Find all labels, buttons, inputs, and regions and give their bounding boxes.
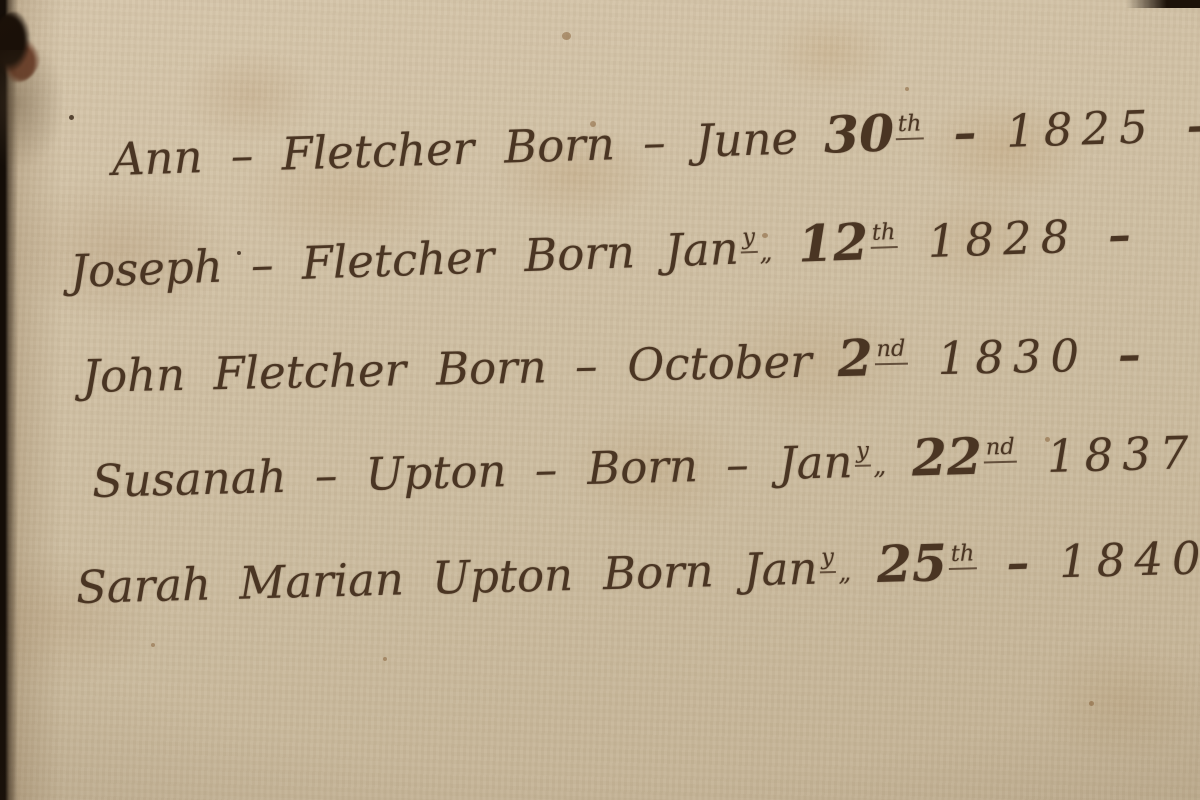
- entry-day-ordinal: th: [948, 540, 976, 570]
- entry-born-label: Born –: [587, 438, 750, 495]
- foxing-speck: [383, 657, 387, 661]
- register-entry: Ann – Fletcher Born – June30th – 1825 –: [111, 94, 1200, 187]
- entry-name: Ann – Fletcher: [111, 122, 475, 186]
- entry-month: June: [695, 111, 799, 167]
- entry-name: Sarah Marian Upton: [75, 548, 573, 614]
- entry-day-ordinal: th: [869, 219, 898, 249]
- entry-born-label: Born –: [435, 339, 598, 395]
- entry-month: Jan: [778, 435, 853, 490]
- entry-year: 1828: [927, 210, 1079, 268]
- entry-date: Jany„22nd: [778, 426, 1018, 491]
- entry-trailing-dash: –: [1118, 328, 1142, 381]
- book-page-photo: Ann – Fletcher Born – June30th – 1825 – …: [0, 0, 1200, 800]
- torn-corner-blotch: [0, 12, 42, 82]
- ink-speck: [69, 115, 74, 120]
- entry-name: Susanah – Upton –: [91, 443, 558, 508]
- entry-abbrev-marks: „: [838, 557, 852, 586]
- entry-year: 1840: [1058, 531, 1200, 588]
- entry-month-ordinal: y: [854, 437, 871, 466]
- register-entry: Susanah – Upton – Born – Jany„22nd 1837 …: [91, 420, 1200, 509]
- entry-abbrev-marks: „: [873, 451, 887, 480]
- foxing-speck: [1089, 701, 1094, 706]
- left-margin-stain: [0, 0, 62, 800]
- foxing-speck: [151, 643, 155, 647]
- register-entry: Sarah Marian Upton Born Jany„25th – 1840…: [75, 525, 1200, 615]
- entry-day: 25: [876, 533, 948, 594]
- entry-trailing-dash: –: [1107, 208, 1131, 262]
- entry-day: 2: [837, 328, 873, 388]
- entry-date: June30th: [694, 103, 924, 169]
- entry-trailing-dash: –: [1186, 99, 1200, 153]
- foxing-speck: [562, 32, 571, 40]
- foxing-speck: [905, 87, 909, 91]
- entry-date: Jany„12th: [664, 211, 899, 278]
- entry-date: Jany„25th: [743, 532, 978, 597]
- entry-month: Jan: [743, 542, 818, 597]
- entry-born-label: Born: [523, 225, 635, 282]
- dark-top-right-edge: [1126, 0, 1200, 8]
- entry-dash: –: [1006, 536, 1030, 590]
- entry-month: Jan: [664, 222, 740, 278]
- entry-name: John Fletcher: [81, 343, 406, 403]
- entry-born-label: Born: [602, 544, 714, 600]
- entry-day-ordinal: nd: [874, 336, 908, 366]
- binding-edge: [0, 0, 18, 800]
- entry-month-ordinal: y: [819, 544, 836, 573]
- entry-day: 12: [797, 212, 869, 273]
- entry-abbrev-marks: „: [759, 237, 773, 266]
- register-entry: Joseph – Fletcher Born Jany„12th 1828 –: [69, 203, 1132, 299]
- entry-day-ordinal: th: [895, 110, 923, 140]
- entry-born-label: Born –: [503, 116, 666, 174]
- entry-date: October2nd: [627, 328, 908, 393]
- entry-day: 30: [823, 103, 895, 164]
- entry-month-ordinal: y: [740, 224, 758, 254]
- entry-day-ordinal: nd: [983, 434, 1017, 464]
- entry-name: Joseph – Fletcher: [69, 230, 495, 298]
- register-entry: John Fletcher Born – October2nd 1830 –: [81, 323, 1141, 404]
- entry-day: 22: [911, 427, 983, 488]
- entry-year: 1830: [937, 329, 1089, 385]
- corner-smudge: [0, 50, 90, 200]
- entry-month: October: [627, 335, 812, 392]
- entry-year: 1825: [1005, 100, 1157, 158]
- entry-dash: –: [953, 106, 977, 160]
- entry-year: 1837: [1046, 426, 1198, 483]
